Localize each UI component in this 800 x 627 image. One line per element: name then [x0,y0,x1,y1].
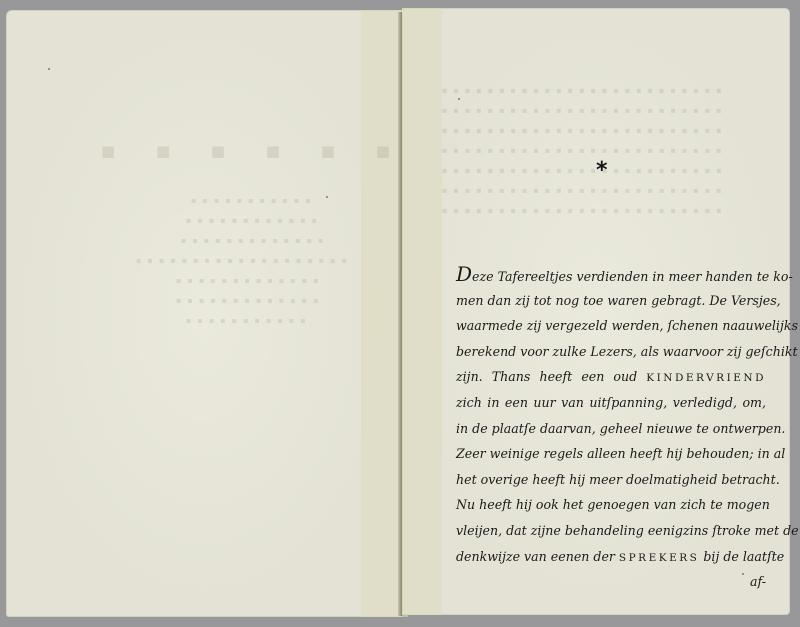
paper-speck [458,98,460,100]
bleed-through-line: ▪▪▪▪▪▪▪▪▪▪▪▪▪▪▪▪▪▪▪ [136,256,353,265]
small-caps-word: SPREKERS [619,552,699,564]
text-line: waarmede zij vergezeld werden, ſchenen n… [456,313,766,339]
bleed-through-line: ▪▪▪▪▪▪▪▪▪▪▪▪▪ [176,276,324,285]
bleed-through-line: ▪▪▪▪▪▪▪▪▪▪▪▪▪▪▪▪▪▪▪▪▪▪▪▪▪ [442,126,728,135]
bleed-through-line: ▪▪▪▪▪▪▪▪▪▪▪▪▪▪▪▪▪▪▪▪▪▪▪▪▪ [442,166,728,175]
bleed-through-title: ■ ■ ■ ■ ■ ■ [101,142,408,160]
text-line: Deze Tafereeltjes verdienden in meer han… [456,262,766,288]
text-line: berekend voor zulke Lezers, als waarvoor… [456,339,766,365]
bleed-through-line: ▪▪▪▪▪▪▪▪▪▪▪▪ [186,216,323,225]
text-line: denkwijze van eenen der SPREKERS bij de … [456,544,766,570]
bleed-through-line: ▪▪▪▪▪▪▪▪▪▪▪▪▪▪▪▪▪▪▪▪▪▪▪▪▪ [442,106,728,115]
bleed-through-line: ▪▪▪▪▪▪▪▪▪▪▪ [186,316,312,325]
text-line: vleijen, dat zijne behandeling eenigzins… [456,518,766,544]
body-text: Deze Tafereeltjes verdienden in meer han… [456,262,766,595]
text-line: zijn. Thans heeft een oud KINDERVRIEND [456,364,766,390]
text-line: in de plaatſe daarvan, geheel nieuwe te … [456,416,766,442]
small-caps-word: KINDERVRIEND [646,372,766,384]
bleed-through-line: ▪▪▪▪▪▪▪▪▪▪▪▪▪▪▪▪▪▪▪▪▪▪▪▪▪ [442,206,728,215]
asterism-ornament: * [596,160,608,182]
bleed-through-line: ▪▪▪▪▪▪▪▪▪▪▪▪▪▪▪▪▪▪▪▪▪▪▪▪▪ [442,146,728,155]
bleed-through-line: ▪▪▪▪▪▪▪▪▪▪▪ [191,196,317,205]
text-line: zich in een uur van uitſpanning, verledi… [456,390,766,416]
text-line: het overige heeft hij meer doelmatigheid… [456,467,766,493]
catchword: af- [456,569,766,595]
left-page: ■ ■ ■ ■ ■ ■ ▪▪▪▪▪▪▪▪▪▪▪ ▪▪▪▪▪▪▪▪▪▪▪▪ ▪▪▪… [6,10,402,617]
bleed-through-line: ▪▪▪▪▪▪▪▪▪▪▪▪▪▪▪▪▪▪▪▪▪▪▪▪▪ [442,186,728,195]
text-line: Nu heeft hij ook het genoegen van zich t… [456,492,766,518]
paper-speck [48,68,50,70]
text-line: men dan zij tot nog toe waren gebragt. D… [456,288,766,314]
paper-speck [326,196,328,198]
text-line: Zeer weinige regels alleen heeft hij beh… [456,441,766,467]
bleed-through-line: ▪▪▪▪▪▪▪▪▪▪▪▪▪ [181,236,329,245]
drop-cap: D [456,262,472,286]
bleed-through-line: ▪▪▪▪▪▪▪▪▪▪▪▪▪▪▪▪▪▪▪▪▪▪▪▪▪ [442,86,728,95]
binding-tape-right [402,8,442,615]
bleed-through-line: ▪▪▪▪▪▪▪▪▪▪▪▪▪ [176,296,324,305]
